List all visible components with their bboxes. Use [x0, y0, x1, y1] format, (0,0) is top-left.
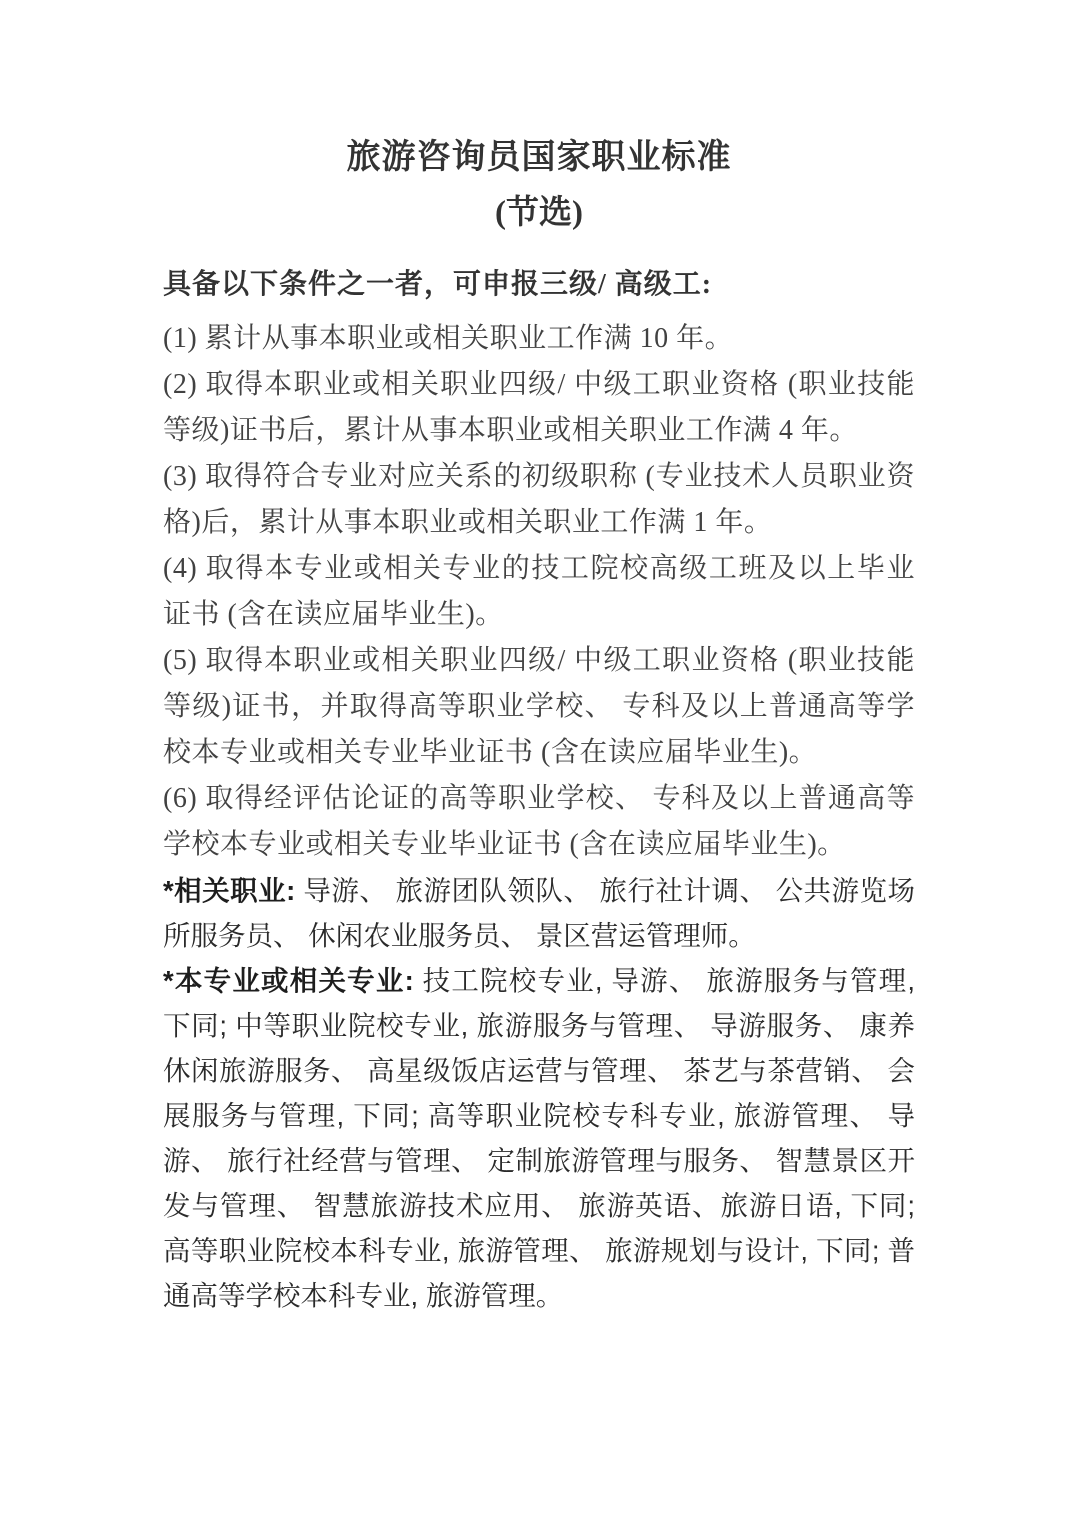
note-related-majors-label: *本专业或相关专业:	[163, 965, 414, 996]
condition-item-4: (4) 取得本专业或相关专业的技工院校高级工班及以上毕业证书 (含在读应届毕业生…	[163, 546, 915, 638]
conditions-list: (1) 累计从事本职业或相关职业工作满 10 年。 (2) 取得本职业或相关职业…	[163, 316, 915, 868]
document-page: 旅游咨询员国家职业标准 (节选) 具备以下条件之一者，可申报三级/ 高级工: (…	[0, 0, 1080, 1528]
note-related-occupations: *相关职业: 导游、 旅游团队领队、 旅行社计调、 公共游览场所服务员、 休闲农…	[163, 868, 915, 958]
document-subtitle: (节选)	[163, 192, 915, 234]
condition-item-6: (6) 取得经评估论证的高等职业学校、 专科及以上普通高等学校本专业或相关专业毕…	[163, 776, 915, 868]
note-related-majors-text: 技工院校专业, 导游、 旅游服务与管理, 下同; 中等职业院校专业, 旅游服务与…	[163, 965, 915, 1311]
document-title: 旅游咨询员国家职业标准	[163, 136, 915, 180]
note-related-occupations-label: *相关职业:	[163, 875, 295, 906]
condition-item-5: (5) 取得本职业或相关职业四级/ 中级工职业资格 (职业技能等级)证书，并取得…	[163, 638, 915, 776]
condition-item-3: (3) 取得符合专业对应关系的初级职称 (专业技术人员职业资格)后，累计从事本职…	[163, 454, 915, 546]
footnotes: *相关职业: 导游、 旅游团队领队、 旅行社计调、 公共游览场所服务员、 休闲农…	[163, 868, 915, 1318]
condition-item-2: (2) 取得本职业或相关职业四级/ 中级工职业资格 (职业技能等级)证书后，累计…	[163, 362, 915, 454]
condition-item-1: (1) 累计从事本职业或相关职业工作满 10 年。	[163, 316, 915, 362]
note-related-majors: *本专业或相关专业: 技工院校专业, 导游、 旅游服务与管理, 下同; 中等职业…	[163, 958, 915, 1318]
intro-heading: 具备以下条件之一者，可申报三级/ 高级工:	[163, 262, 915, 308]
